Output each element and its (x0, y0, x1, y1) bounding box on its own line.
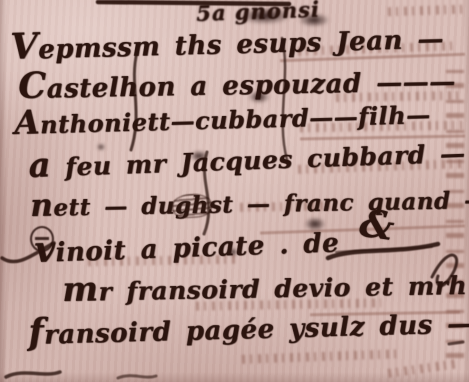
manuscript-line-8: fransoird pagée ysulz dus — (28, 303, 469, 350)
bleed-through-marks (388, 359, 459, 378)
manuscript-line-5: nett — dughst — franc quand — (30, 183, 469, 222)
circle-dash-mark (30, 226, 54, 252)
hatched-doodle (171, 193, 212, 219)
manuscript-page: 5a gnonsi Vepmssm ths esups Jean — Caste… (0, 0, 469, 382)
ampersand-flourish: & (358, 204, 397, 246)
edge-cut-stroke (6, 372, 60, 377)
manuscript-line-6: vinoit a picate . de (34, 222, 340, 268)
manuscript-line-7: mr fransoird devio et mrh (62, 266, 467, 307)
bleed-through-marks (242, 349, 402, 364)
heading-text: 5a gnonsi (196, 0, 320, 24)
bleed-through-marks (388, 5, 462, 17)
edge-cut-stroke (118, 376, 156, 378)
manuscript-line-4: a feu mr Jacques cubbard — (28, 134, 466, 183)
